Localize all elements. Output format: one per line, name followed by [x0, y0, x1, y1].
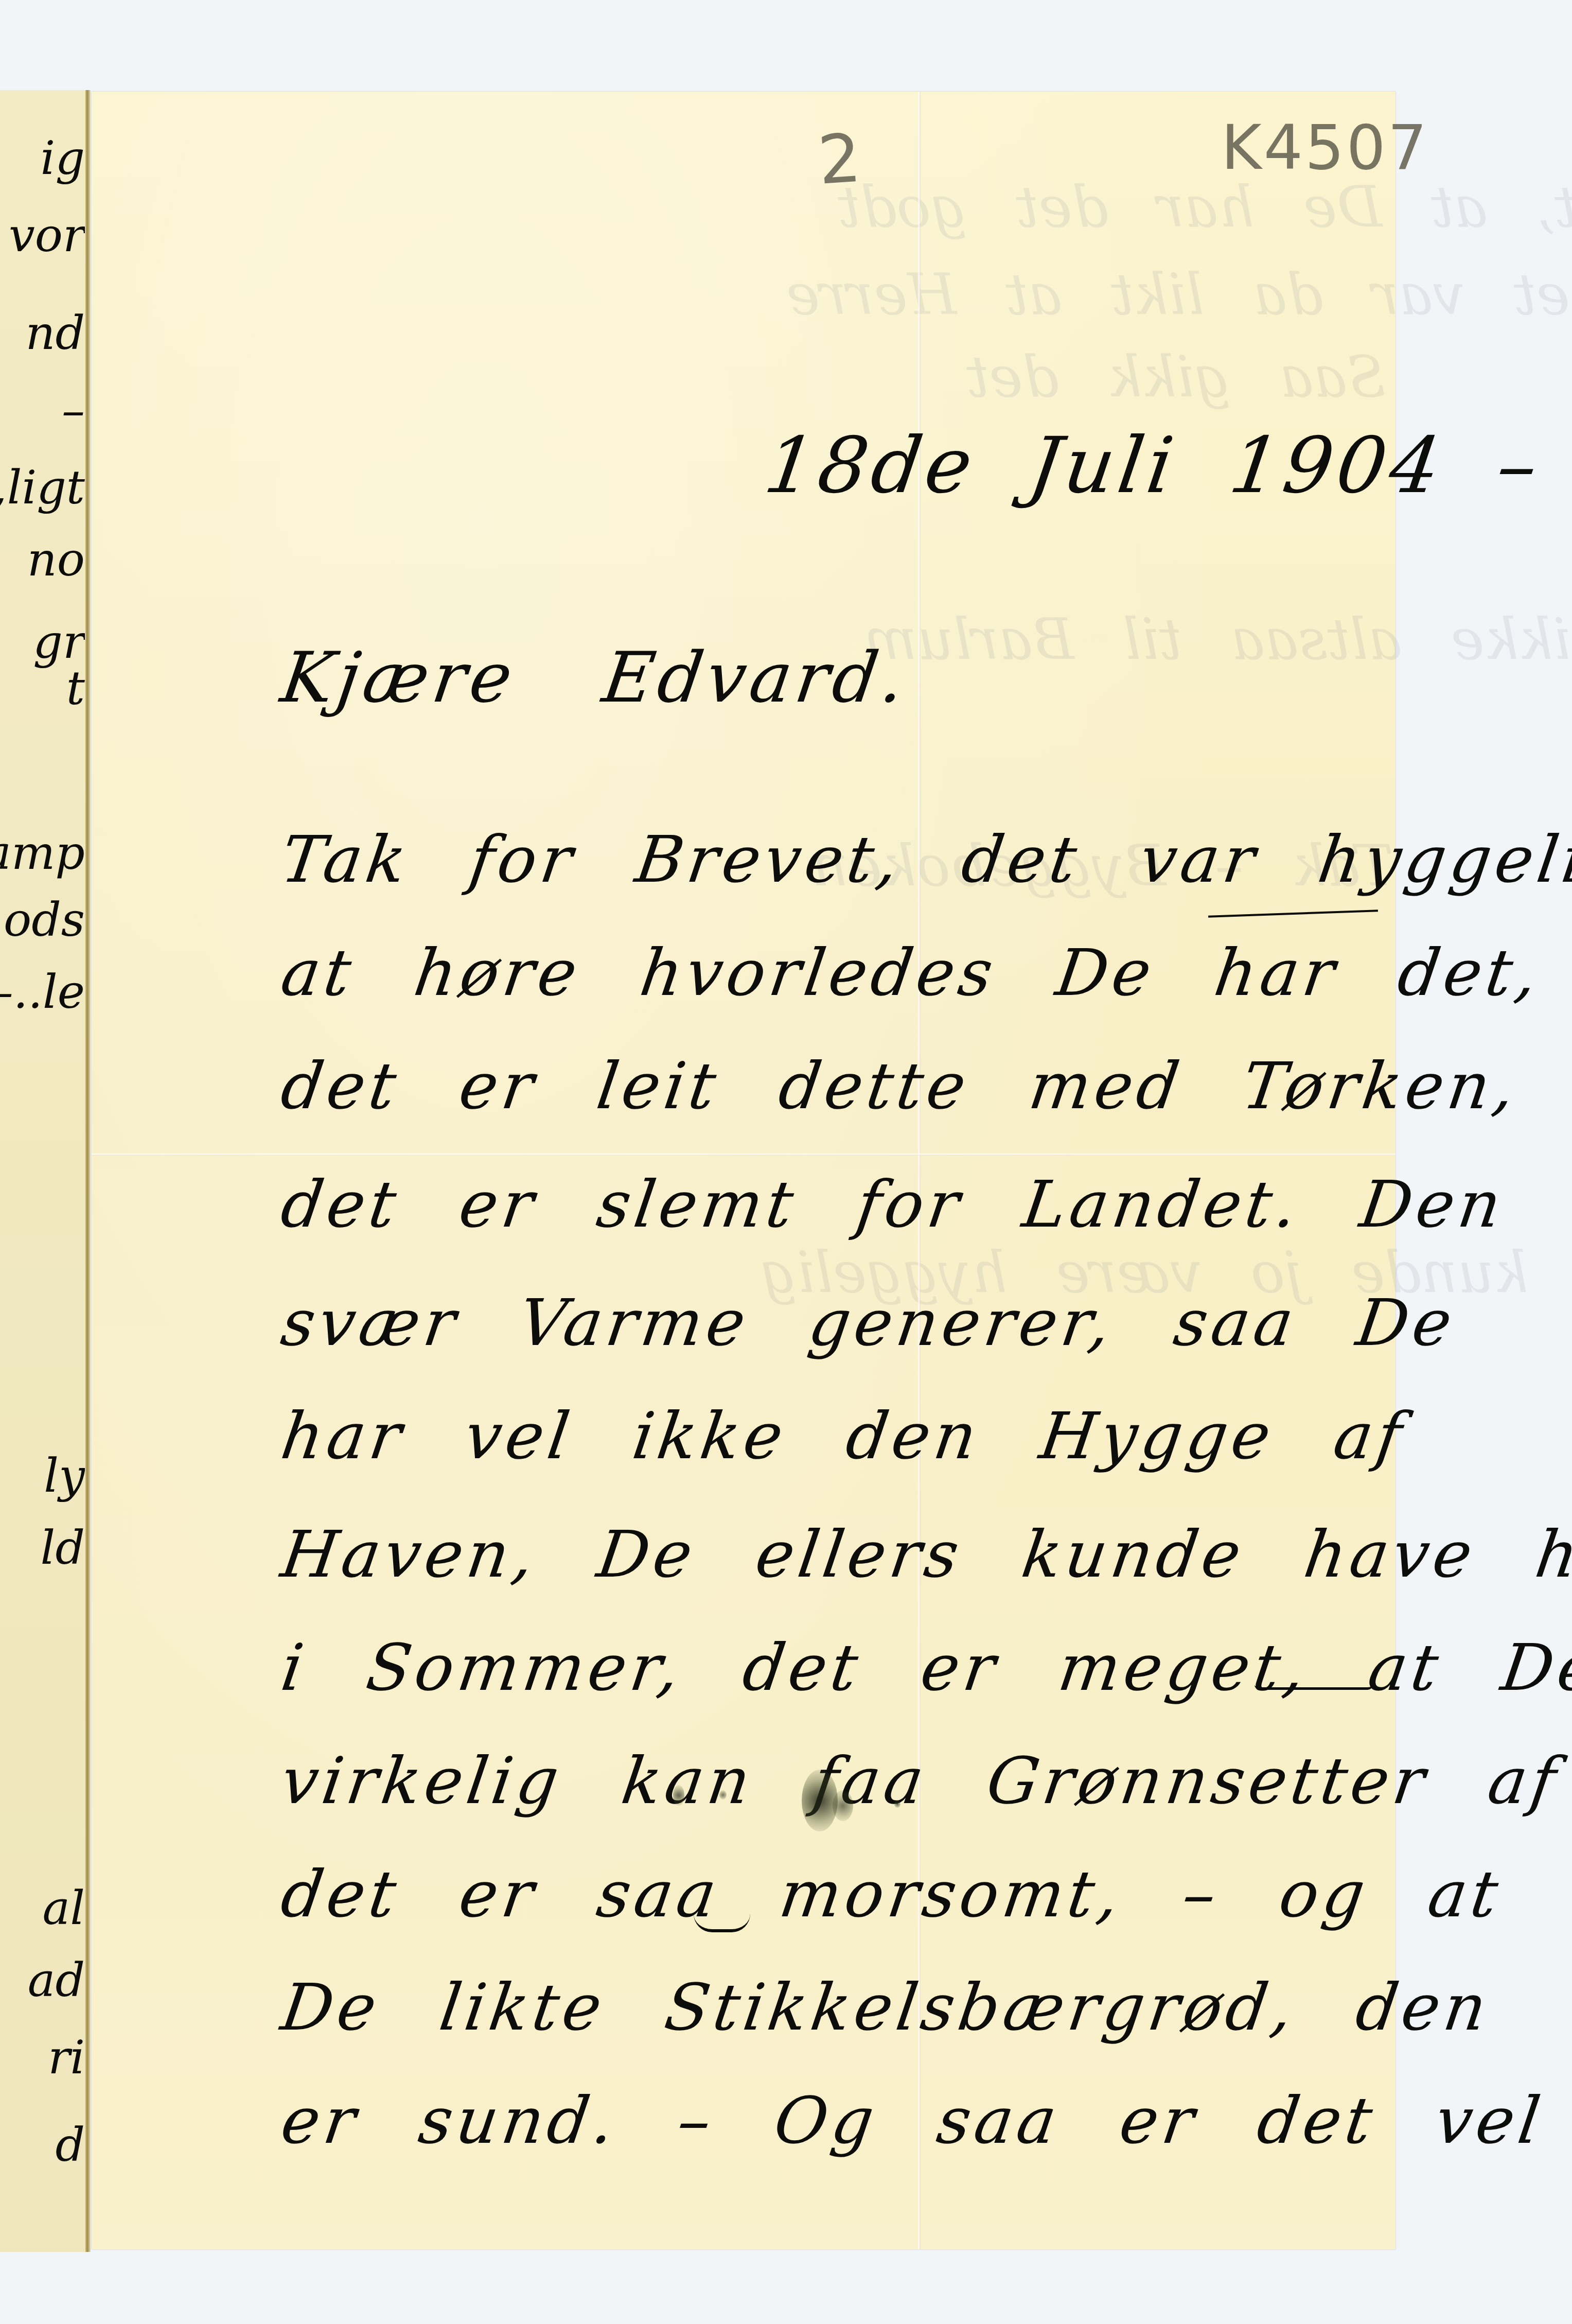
bleed-through-text: godt, at De har det godt: [838, 174, 1572, 240]
bleed-through-text: De ikke altsaa til Barlum: [863, 606, 1572, 672]
left-page-fragment: ld: [0, 1521, 85, 1575]
left-page-fragment: nd: [0, 306, 85, 360]
letter-line: svær Varme generer, saa De: [277, 1286, 1419, 1360]
bleed-through-text: Tak, det var da likt at Herre: [786, 261, 1572, 327]
left-page-fragment: vor: [0, 208, 85, 263]
letter-page: godt, at De har det godt Tak, det var da…: [92, 92, 1396, 2249]
horizontal-fold-crease: [92, 1153, 1396, 1156]
left-page-fragment: ad: [0, 1953, 85, 2007]
ink-blot: [673, 1785, 684, 1806]
letter-line: det er saa morsomt, – og at: [277, 1857, 1419, 1932]
letter-line: Tak for Brevet, det var hyggelig: [277, 823, 1419, 897]
letter-salutation: Kjære Edvard.: [276, 637, 914, 718]
page-fold-edge: [85, 90, 91, 2252]
letter-line: Haven, De ellers kunde have haat: [277, 1517, 1419, 1592]
letter-line: at høre hvorledes De har det,: [277, 936, 1419, 1010]
letter-date: 18de Juli 1904 –: [759, 421, 1547, 511]
letter-line: det er slemt for Landet. Den: [277, 1167, 1419, 1242]
letter-line: det er leit dette med Tørken,: [277, 1049, 1419, 1124]
pencil-archive-id: K4507: [1221, 112, 1429, 184]
left-page-fragment: al: [0, 1881, 85, 1935]
left-page-fragment: ods: [0, 893, 85, 947]
bleed-through-text: Saa gikk det: [966, 344, 1386, 410]
underline-haat: [1255, 1685, 1373, 1690]
ink-blot: [802, 1770, 838, 1831]
letter-line: har vel ikke den Hygge af: [277, 1399, 1419, 1474]
ink-blot: [894, 1801, 900, 1808]
letter-line: er sund. – Og saa er det vel: [277, 2084, 1419, 2158]
letter-line: De likte Stikkelsbærgrød, den: [277, 1970, 1419, 2045]
left-page-fragment: ri: [0, 2031, 85, 2085]
left-page-fragment: –: [0, 383, 85, 438]
left-page-fragment: no: [0, 533, 85, 587]
pencil-page-number: 2: [816, 118, 867, 200]
left-partial-page: ig vor nd – ligt, no gr t camp ods le..–…: [0, 90, 89, 2252]
ink-blot: [833, 1790, 853, 1821]
left-page-fragment: ly: [0, 1449, 85, 1503]
left-page-fragment: ligt,: [0, 461, 85, 515]
underline-hyggelig: [1208, 910, 1378, 918]
left-page-fragment: t: [0, 661, 85, 715]
left-page-fragment: le..–: [0, 965, 85, 1019]
letter-line: i Sommer, det er meget, at De: [277, 1631, 1419, 1705]
ink-blot: [719, 1790, 727, 1799]
left-page-fragment: camp: [0, 826, 85, 880]
left-page-fragment: d: [0, 2118, 85, 2172]
left-page-fragment: ig: [0, 131, 85, 185]
